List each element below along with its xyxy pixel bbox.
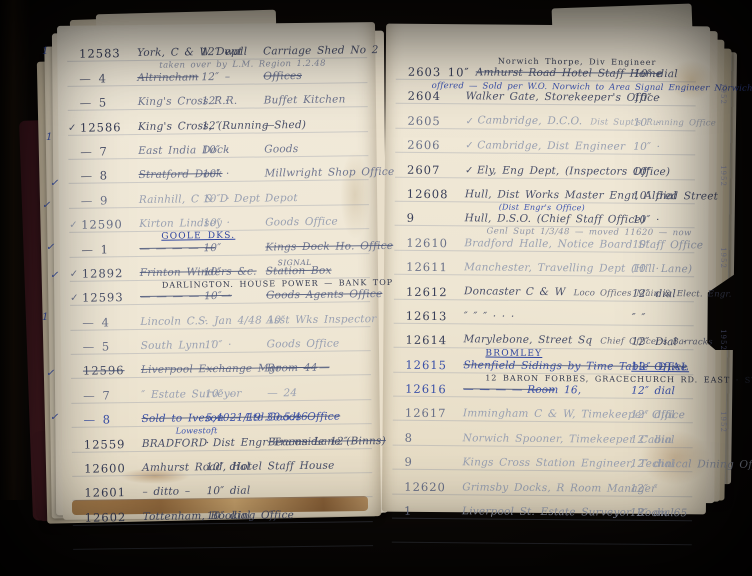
description-text: Walker Gate, Storekeeper's Office bbox=[466, 91, 660, 105]
description-text: Manchester, Travelling Dept (Hill Lane) bbox=[464, 261, 692, 275]
entry-note: Millwright Shop Office bbox=[264, 167, 368, 181]
entry-description: BRADFORD Dist Engr Tramside 12″ bbox=[142, 437, 206, 451]
tick-mark: ✓ bbox=[70, 292, 82, 305]
description-text: Liverpool St. Estate Surveyor Room 65 bbox=[462, 505, 687, 519]
entry-number: 1 bbox=[404, 505, 462, 519]
note-text: Goods bbox=[264, 143, 298, 155]
ledger-row: 12614Marylebone, Street SqChief Officer'… bbox=[393, 324, 693, 351]
ledger-row: — 9Rainhill, C & D Dept10″ ·Depot bbox=[69, 181, 369, 209]
entry-description: Manchester, Travelling Dept (Hill Lane) bbox=[464, 261, 632, 275]
entry-number: 12617 bbox=[405, 407, 463, 421]
entry-note: Buffet Kitchen bbox=[264, 93, 368, 107]
description-text: King's Cross R.R. bbox=[138, 95, 238, 108]
entry-number: 8 bbox=[405, 432, 463, 446]
note-text: Buffet Kitchen bbox=[264, 94, 346, 107]
description-text: Cambridge, Dist Engineer bbox=[477, 140, 625, 153]
entry-note: SIGNALStation Box bbox=[266, 264, 370, 278]
entry-size: 10″ dial bbox=[206, 485, 268, 499]
ledger-row: — 4taken over by L.M. Region 1.2.48Altri… bbox=[67, 59, 367, 87]
tick-mark: ✓ bbox=[70, 268, 82, 281]
entry-note: Goods Office bbox=[267, 410, 371, 424]
note-text: Asst Wks Inspector bbox=[266, 313, 376, 326]
ledger-row: 2604Walker Gate, Storekeeper's Office10″… bbox=[396, 80, 696, 107]
entry-description: King's Cross, (Running Shed) bbox=[138, 120, 202, 134]
ledger-row: 12559BRADFORD Dist Engr Tramside 12″·Bea… bbox=[72, 424, 372, 452]
description-text: Lincoln C.S. Jan 4/48 10″ bbox=[140, 314, 285, 328]
entry-number: 12600 bbox=[84, 462, 142, 476]
description-text: Norwich Spooner, Timekeeper Cabin bbox=[463, 432, 672, 446]
entry-description: Ely, Eng Dept, (Inspectors Office) bbox=[477, 164, 633, 178]
entry-description: Norwich Spooner, Timekeeper Cabin bbox=[463, 432, 631, 446]
entry-number: 12613 bbox=[406, 310, 464, 324]
ledger-row: 9Kings Cross Station Engineer, Technical… bbox=[392, 446, 692, 473]
entry-number: 12615 bbox=[405, 358, 463, 372]
entry-description: Grimsby Docks, R Room Manager bbox=[462, 481, 630, 495]
entry-description: Doncaster C & WLoco Offices Main & Elect… bbox=[464, 285, 632, 300]
entry-description: Tottenham, Booking Office bbox=[143, 510, 207, 524]
description-text: Kirton Lindsey bbox=[139, 217, 222, 230]
description-text: ″ ″ ″ · · · bbox=[464, 310, 515, 322]
entry-number: — 5 bbox=[80, 96, 138, 110]
entry-size: ″ ″ bbox=[632, 312, 694, 326]
description-text: South Lynn ″ bbox=[141, 339, 216, 352]
tick-mark: ✓ bbox=[465, 139, 477, 152]
entry-description: ″ Estate Surveyor bbox=[141, 388, 205, 402]
blank-ruled-line bbox=[73, 522, 373, 550]
entry-description: Liverpool Exchange Mgr — — — bbox=[141, 364, 205, 378]
entry-description: Hull, D.S.O. (Chief Staff Office) bbox=[465, 213, 633, 227]
description-text: Rainhill, C & D Dept bbox=[139, 192, 261, 205]
entry-number: — 4 bbox=[82, 316, 140, 330]
description-text: Bradford Halle, Notice Board Staff Offic… bbox=[464, 237, 703, 251]
entry-number: 12620 bbox=[404, 480, 462, 494]
note-text: — bbox=[264, 119, 275, 131]
description-text: Sold to Iveson — Ltd. bbox=[141, 412, 267, 426]
entry-number: 12590 bbox=[81, 218, 139, 232]
description-text: Shenfield Sidings by Time Table Office bbox=[463, 359, 687, 373]
note-text: Kings Dock Ho. Office bbox=[265, 239, 393, 253]
note-text: Goods Office bbox=[265, 216, 338, 229]
entry-description: Walker Gate, Storekeeper's Office bbox=[466, 91, 634, 105]
ledger-row: — 8Stratford Dock10″ ·Millwright Shop Of… bbox=[68, 156, 368, 184]
page-edge-year-label: 1952 bbox=[719, 411, 727, 433]
margin-pen-mark: ✓ bbox=[42, 200, 50, 211]
entry-description: Kings Cross Station Engineer, Technical … bbox=[462, 457, 630, 471]
entry-description: Cambridge, Dist Engineer bbox=[477, 140, 633, 154]
correction-text: BROMLEY bbox=[485, 349, 542, 358]
entry-number: 12612 bbox=[406, 285, 464, 299]
ledger-row: 12615BROMLEYShenfield Sidings by Time Ta… bbox=[393, 348, 693, 375]
entry-number: — 7 bbox=[80, 145, 138, 159]
entry-number: — 7 bbox=[83, 389, 141, 403]
note-text: Room 44 bbox=[267, 362, 318, 375]
entry-note: ″ bbox=[269, 508, 373, 522]
entry-description: Liverpool St. Estate Surveyor Room 65 bbox=[462, 505, 630, 519]
entry-note: Depot bbox=[265, 191, 369, 205]
ledger-row: ✓12590Kirton Lindsey10″ ·Goods Office bbox=[69, 205, 369, 233]
ledger-photo: 12583York, C & W Dept12″ wallCarriage Sh… bbox=[0, 0, 752, 576]
entry-number: 12601 bbox=[84, 486, 142, 500]
description-text: Cambridge, D.C.O. bbox=[477, 114, 582, 127]
note-text: Goods Office bbox=[267, 411, 340, 424]
entry-note: Goods Agents Office bbox=[266, 288, 370, 302]
ledger-row: — 7″ Estate Surveyor10″ –— 24 bbox=[71, 376, 371, 404]
description-text: East India Dock bbox=[138, 144, 230, 157]
description-text: — — — — — bbox=[139, 242, 215, 255]
ledger-row: ✓12586King's Cross, (Running Shed)12″— bbox=[68, 107, 368, 135]
entry-note: Room 16, bbox=[527, 384, 631, 398]
page-edge-year-label: 1952 bbox=[719, 165, 727, 187]
description-text: Amhurst Road, Hotel Staff House bbox=[142, 460, 334, 474]
entry-description: Kirton Lindsey bbox=[139, 217, 203, 231]
tick-mark: ✓ bbox=[69, 219, 81, 232]
note-text: Depot bbox=[265, 192, 298, 204]
description-text: ″ Estate Surveyor bbox=[141, 388, 241, 401]
entry-size: 10″ · bbox=[633, 141, 695, 155]
ledger-row: 9Hull, D.S.O. (Chief Staff Office)10″ · bbox=[395, 202, 695, 229]
note-text: Millwright Shop Office bbox=[264, 166, 394, 180]
entry-note: Goods Office bbox=[267, 337, 371, 351]
entry-description: GOOLE DKS.— — — — — bbox=[139, 242, 203, 256]
description-text: – ditto – bbox=[142, 486, 190, 499]
note-text: Offices bbox=[263, 70, 302, 82]
entry-description: Stratford Dock bbox=[138, 169, 202, 183]
entry-number: — 8 bbox=[83, 413, 141, 427]
description-text: Frinton Winders &c. bbox=[140, 265, 257, 278]
description-extra: Chief Officer's Barracks bbox=[600, 337, 712, 348]
entry-note: Room 44 bbox=[267, 362, 371, 376]
margin-pen-mark: ✓ bbox=[50, 412, 58, 423]
entry-description: Hull, Dist Works Master Engr, Alfred Str… bbox=[465, 188, 633, 202]
ledger-row: — 5King's Cross R.R.12″ ·Buffet Kitchen bbox=[67, 83, 367, 111]
entry-number: 12616 bbox=[405, 383, 463, 397]
entry-description: Immingham C & W, Timekeeper Office bbox=[463, 408, 631, 422]
description-text: Altrincham bbox=[137, 71, 198, 84]
entry-note: Goods bbox=[264, 142, 368, 156]
entry-number: 2606 bbox=[407, 139, 465, 153]
ledger-row: — 8Sold to Iveson — Ltd.Lowestoft5,4021/… bbox=[71, 400, 371, 428]
description-text: York, C & W Dept bbox=[137, 46, 242, 59]
entry-description: Frinton Winders &c. bbox=[140, 266, 204, 280]
entry-number: 12586 bbox=[80, 121, 138, 135]
entry-number: 9 bbox=[407, 212, 465, 226]
description-text: Kings Cross Station Engineer, Technical … bbox=[462, 457, 752, 472]
margin-pen-mark: ✓ bbox=[46, 242, 54, 253]
entry-description: Sold to Iveson — Ltd.Lowestoft bbox=[141, 412, 205, 426]
tick-mark: ✓ bbox=[465, 164, 477, 177]
ledger-row: 2605✓Cambridge, D.C.O.Dist Supt's Runnin… bbox=[395, 104, 695, 131]
ledger-row: — 1GOOLE DKS.— — — — —10″Kings Dock Ho. … bbox=[69, 229, 369, 257]
entry-description: King's Cross R.R. bbox=[138, 95, 202, 109]
entry-number: 12593 bbox=[82, 291, 140, 305]
description-text: — — — — — — bbox=[140, 290, 232, 303]
margin-pen-mark: ✓ bbox=[50, 178, 58, 189]
tick-mark: ✓ bbox=[68, 121, 80, 134]
entry-description: South Lynn ″ bbox=[141, 339, 205, 353]
correction-text: GOOLE DKS. bbox=[161, 231, 235, 241]
ledger-row: 1261612 BARON FORBES, GRACECHURCH RD. EA… bbox=[393, 372, 693, 399]
entry-note: Goods Office bbox=[265, 215, 369, 229]
ledger-row: 12600Amhurst Road, Hotel Staff House10″ … bbox=[72, 449, 372, 477]
margin-pen-mark: 1 bbox=[42, 312, 48, 323]
entry-note: Kings Dock Ho. Office bbox=[265, 240, 369, 254]
ledger-row: 12617Immingham C & W, Timekeeper Office1… bbox=[393, 397, 693, 424]
description-extra: Dist Supt's Running Office bbox=[590, 117, 716, 128]
note-text: Goods Office bbox=[267, 338, 340, 351]
entry-note: Asst Wks Inspector bbox=[266, 313, 370, 327]
ledger-row: 2603 10″Norwich Thorpe, Div EngineerAmhu… bbox=[396, 37, 696, 83]
entry-number: 2607 bbox=[407, 163, 465, 177]
entry-number: 12892 bbox=[82, 267, 140, 281]
ledger-row: — 4Lincoln C.S. Jan 4/48 10″·Asst Wks In… bbox=[70, 302, 370, 330]
entry-number: — 9 bbox=[81, 194, 139, 208]
entry-number: 12614 bbox=[406, 334, 464, 348]
ledger-row: 12612Doncaster C & WLoco Offices Main & … bbox=[394, 275, 694, 302]
entry-number: 12602 bbox=[85, 511, 143, 525]
entry-description: Genl Supt 1/3/48 — moved 11620 — nowBrad… bbox=[464, 237, 632, 251]
entry-number: 12596 bbox=[83, 364, 141, 378]
entry-note: — bbox=[264, 118, 368, 132]
margin-pen-mark: ✓ bbox=[50, 270, 58, 281]
ledger-row: 12596Liverpool Exchange Mgr — — ——Room 4… bbox=[71, 351, 371, 379]
ledger-row: 8Norwich Spooner, Timekeeper Cabin12″ di… bbox=[393, 421, 693, 448]
note-text: Room 16, bbox=[527, 384, 581, 396]
ledger-row: 12601– ditto –10″ dial bbox=[72, 473, 372, 501]
margin-pen-mark: 1 bbox=[46, 132, 52, 143]
ledger-row: 12613″ ″ ″ · · ·″ ″ bbox=[394, 299, 694, 326]
correction-text: Genl Supt 1/3/48 — moved 11620 — now bbox=[486, 227, 691, 238]
entry-description: Lincoln C.S. Jan 4/48 10″ bbox=[140, 315, 204, 329]
entry-number: 12611 bbox=[406, 261, 464, 275]
note-text: Carriage Shed No 2 bbox=[263, 44, 379, 57]
page-edge-year-label: 1952 bbox=[719, 329, 727, 351]
left-page-entries: 12583York, C & W Dept12″ wallCarriage Sh… bbox=[67, 34, 373, 550]
blank-ruled-line bbox=[392, 519, 692, 546]
entry-note: Carriage Shed No 2 bbox=[263, 45, 367, 59]
entry-description: DARLINGTON. HOUSE POWER — BANK TOP— — — … bbox=[140, 290, 204, 304]
note-text: — 24 bbox=[267, 387, 297, 399]
page-edge-year-label: 1952 bbox=[719, 247, 727, 269]
description-text: Grimsby Docks, R Room Manager bbox=[462, 481, 656, 495]
entry-number: 2605 bbox=[407, 115, 465, 129]
note-correction: SIGNAL bbox=[278, 256, 312, 269]
entry-description: ″ ″ ″ · · · bbox=[464, 310, 632, 324]
entry-description: Amhurst Road, Hotel Staff House bbox=[142, 461, 206, 475]
description-text: Doncaster C & W bbox=[464, 285, 566, 298]
entry-number: — 4 bbox=[79, 72, 137, 86]
entry-description: BROMLEYShenfield Sidings by Time Table O… bbox=[463, 359, 631, 373]
ledger-row: 12620Grimsby Docks, R Room Manager12″ ″ bbox=[392, 470, 692, 497]
entry-description: taken over by L.M. Region 1.2.48Altrinch… bbox=[137, 71, 201, 85]
entry-description: Norwich Thorpe, Div EngineerAmhurst Road… bbox=[476, 66, 634, 80]
ledger-row: 12602Tottenham, Booking Office10″ dial″ bbox=[73, 498, 373, 526]
ledger-row: 12608Hull, Dist Works Master Engr, Alfre… bbox=[395, 177, 695, 204]
entry-note: Offices bbox=[263, 69, 367, 83]
description-text: Ely, Eng Dept, (Inspectors Office) bbox=[477, 164, 670, 178]
entry-number: 2603 10″ bbox=[408, 66, 476, 80]
entry-description: Cambridge, D.C.O.Dist Supt's Running Off… bbox=[477, 114, 633, 129]
entry-note: — 24 bbox=[267, 386, 371, 400]
description-text: Stratford Dock bbox=[138, 168, 222, 181]
description-extra: Loco Offices Main & Elect. Engr. bbox=[574, 288, 732, 299]
entry-number: 9 bbox=[404, 456, 462, 470]
description-text: Marylebone, Street Sq bbox=[464, 334, 593, 347]
entry-size: 12″ dial bbox=[631, 385, 693, 399]
ledger-row: 1Liverpool St. Estate Surveyor Room 6512… bbox=[392, 494, 692, 521]
entry-description: York, C & W Dept bbox=[137, 47, 201, 61]
description-text: Amhurst Road Hotel Staff Home bbox=[476, 66, 663, 80]
correction-text: Norwich Thorpe, Div Engineer bbox=[498, 57, 657, 67]
entry-number: — 5 bbox=[83, 340, 141, 354]
entry-description: East India Dock bbox=[138, 144, 202, 158]
ledger-row: ✓12892Frinton Winders &c.10″ ·SIGNALStat… bbox=[70, 254, 370, 282]
entry-number: 2604 bbox=[408, 90, 466, 104]
margin-pen-mark: ✓ bbox=[46, 368, 54, 379]
entry-number: — 8 bbox=[80, 169, 138, 183]
tick-mark: ✓ bbox=[465, 115, 477, 128]
margin-pen-mark: 1 bbox=[42, 46, 48, 57]
entry-description: Marylebone, Street SqChief Officer's Bar… bbox=[464, 334, 632, 349]
ledger-row: — 7East India Dock10″ ·Goods bbox=[68, 132, 368, 160]
entry-number: 12608 bbox=[407, 188, 465, 202]
ledger-row: 12611Manchester, Travelling Dept (Hill L… bbox=[394, 250, 694, 277]
entry-size: 12″ – bbox=[201, 70, 263, 84]
description-text: Immingham C & W, Timekeeper Office bbox=[463, 408, 685, 422]
entry-number: 12610 bbox=[406, 237, 464, 251]
entry-note: Beacon Lane (Binns) bbox=[268, 435, 372, 449]
note-text: ″ bbox=[269, 509, 273, 521]
entry-description: Rainhill, C & D Dept bbox=[139, 193, 203, 207]
right-page-entries: 2603 10″Norwich Thorpe, Div EngineerAmhu… bbox=[392, 37, 696, 546]
ledger-row: 2606✓Cambridge, Dist Engineer10″ · bbox=[395, 128, 695, 155]
entry-number: 12559 bbox=[84, 438, 142, 452]
ledger-row: — 5South Lynn ″10″ ·Goods Office bbox=[70, 327, 370, 355]
description-text: Hull, D.S.O. (Chief Staff Office) bbox=[465, 213, 646, 227]
entry-number: — 1 bbox=[81, 242, 139, 256]
entry-description: 12 BARON FORBES, GRACECHURCH RD. EAST · … bbox=[463, 383, 527, 397]
note-text: Goods Agents Office bbox=[266, 288, 382, 301]
entry-number: 12583 bbox=[79, 47, 137, 61]
ledger-row: 12610Genl Supt 1/3/48 — moved 11620 — no… bbox=[394, 226, 694, 253]
ledger-row: ✓12593DARLINGTON. HOUSE POWER — BANK TOP… bbox=[70, 278, 370, 306]
note-text: Beacon Lane (Binns) bbox=[268, 435, 386, 448]
ledger-row: 2607✓Ely, Eng Dept, (Inspectors Office)1… bbox=[395, 153, 695, 180]
entry-description: – ditto – bbox=[142, 486, 206, 500]
